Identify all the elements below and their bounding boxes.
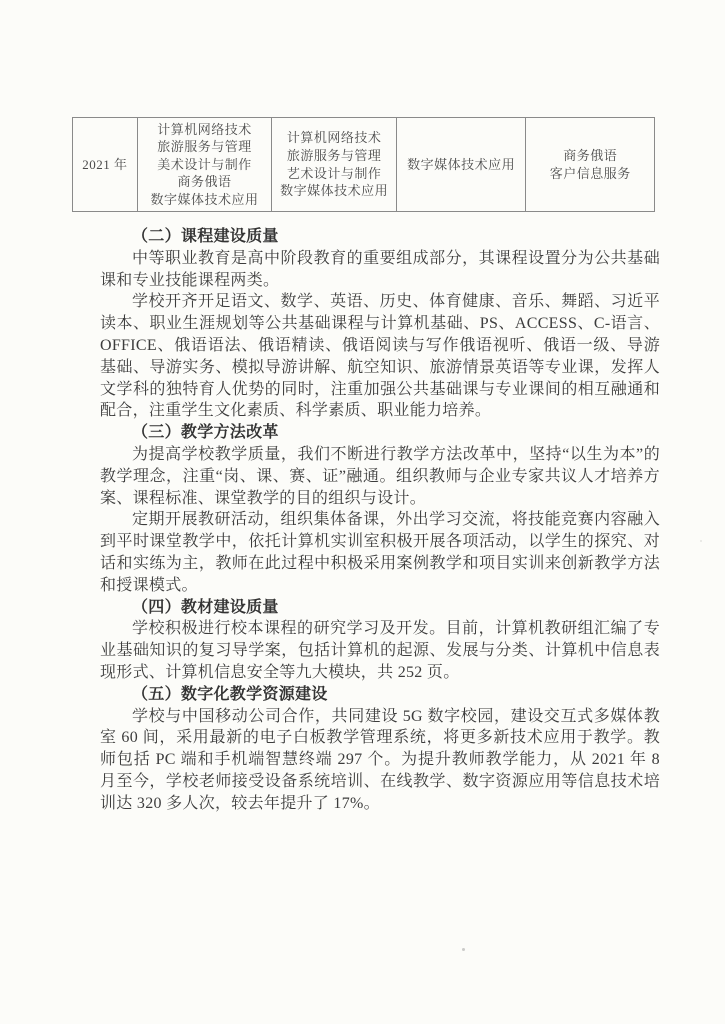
document-body: （二）课程建设质量 中等职业教育是高中阶段教育的重要组成部分，其课程设置分为公共… (100, 226, 660, 815)
specialty-line: 美术设计与制作 (157, 156, 252, 174)
specialty-line: 商务俄语 (178, 173, 232, 191)
specialty-line: 商务俄语 (563, 147, 617, 165)
paragraph: 为提高学校教学质量，我们不断进行教学方法改革中，坚持“以生为本”的教学理念，注重… (100, 444, 660, 509)
section-heading-2: （二）课程建设质量 (100, 226, 660, 248)
paragraph: 学校与中国移动公司合作，共同建设 5G 数字校园，建设交互式多媒体教室 60 间… (100, 706, 660, 815)
specialty-table: 2021 年 计算机网络技术 旅游服务与管理 美术设计与制作 商务俄语 数字媒体… (72, 117, 655, 212)
table-cell-specialties-enrolled: 计算机网络技术 旅游服务与管理 艺术设计与制作 数字媒体技术应用 (272, 118, 397, 211)
specialty-line: 数字媒体技术应用 (280, 182, 388, 200)
section-heading-5: （五）数字化教学资源建设 (100, 684, 660, 706)
specialty-line: 数字媒体技术应用 (151, 191, 259, 209)
section-heading-4: （四）教材建设质量 (100, 597, 660, 619)
scan-speck (700, 540, 702, 542)
specialty-line: 旅游服务与管理 (287, 147, 382, 165)
specialty-line: 客户信息服务 (550, 165, 631, 183)
specialty-line: 艺术设计与制作 (287, 165, 382, 183)
specialty-line: 旅游服务与管理 (157, 138, 252, 156)
paragraph: 学校积极进行校本课程的研究学习及开发。目前，计算机教研组汇编了专业基础知识的复习… (100, 618, 660, 683)
specialty-line: 数字媒体技术应用 (407, 156, 515, 174)
specialty-line: 计算机网络技术 (287, 129, 382, 147)
table-cell-specialty-pair: 商务俄语 客户信息服务 (526, 118, 654, 211)
paragraph: 学校开齐开足语文、数学、英语、历史、体育健康、音乐、舞蹈、习近平读本、职业生涯规… (100, 291, 660, 422)
scan-speck (462, 948, 465, 951)
scanned-document-page: 2021 年 计算机网络技术 旅游服务与管理 美术设计与制作 商务俄语 数字媒体… (0, 0, 725, 1024)
specialty-line: 计算机网络技术 (157, 121, 252, 139)
year-label: 2021 年 (82, 156, 127, 174)
table-cell-specialties-offered: 计算机网络技术 旅游服务与管理 美术设计与制作 商务俄语 数字媒体技术应用 (138, 118, 273, 211)
table-cell-year: 2021 年 (73, 118, 138, 211)
section-heading-3: （三）教学方法改革 (100, 422, 660, 444)
paragraph: 定期开展教研活动，组织集体备课，外出学习交流，将技能竞赛内容融入到平时课堂教学中… (100, 509, 660, 596)
table-cell-specialty-single: 数字媒体技术应用 (397, 118, 527, 211)
paragraph: 中等职业教育是高中阶段教育的重要组成部分，其课程设置分为公共基础课和专业技能课程… (100, 248, 660, 292)
